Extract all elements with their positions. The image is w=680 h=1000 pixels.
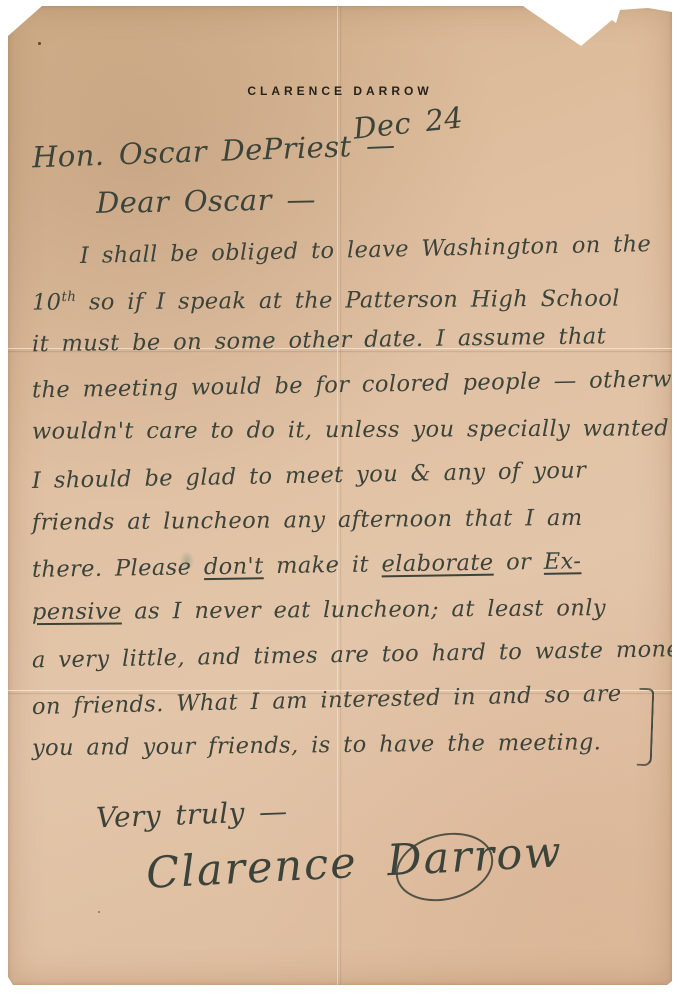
letter-body: I shall be obliged to leave Washington o…: [32, 230, 654, 770]
letter-paper: CLARENCE DARROW Dec 24 Hon. Oscar DePrie…: [8, 6, 672, 985]
underlined-word: elaborate: [381, 550, 493, 578]
letter-line: you and your friends, is to have the mee…: [32, 722, 654, 774]
recipient-line: Hon. Oscar DePriest —: [32, 128, 396, 175]
letter-line: 10th so if I speak at the Patterson High…: [32, 273, 654, 322]
underlined-word: Ex-: [544, 548, 582, 575]
line-segment: the meeting would be for colored people …: [32, 365, 680, 403]
line-segment: so if I speak at the Patterson High Scho…: [76, 286, 620, 316]
line-segment: on friends. What I am interested in and …: [32, 681, 622, 720]
scanned-letter-page: { "document": { "letterhead": "CLARENCE …: [0, 0, 680, 1000]
line-segment: th: [61, 289, 76, 305]
line-segment: it must be on some other date. I assume …: [32, 323, 606, 357]
line-segment: as I never eat luncheon; at least only: [122, 595, 606, 624]
letter-line: wouldn't care to do it, unless you speci…: [32, 408, 654, 456]
line-segment: I shall be obliged to leave Washington o…: [80, 231, 652, 269]
closing-line: Very truly —: [95, 795, 288, 835]
letter-line: pensive as I never eat luncheon; at leas…: [32, 588, 654, 637]
line-segment: there. Please: [32, 554, 204, 583]
line-segment: make it: [263, 551, 381, 579]
line-segment: 10: [32, 289, 62, 315]
underlined-word: don't: [204, 553, 264, 580]
line-segment: or: [493, 549, 544, 576]
line-segment: friends at luncheon any afternoon that I…: [32, 505, 583, 536]
line-segment: a very little, and times are too hard to…: [32, 636, 680, 674]
letterhead-name: CLARENCE DARROW: [8, 84, 672, 98]
letter-line: there. Please don't make it elaborate or…: [32, 540, 655, 595]
line-segment: I should be glad to meet you & any of yo…: [32, 457, 587, 494]
margin-bracket-flourish: [637, 688, 655, 766]
paper-speck: [38, 42, 41, 45]
signature: Clarence Darrow: [145, 827, 564, 899]
salutation-line: Dear Oscar —: [96, 182, 316, 220]
letter-line: the meeting would be for colored people …: [32, 360, 655, 416]
line-segment: you and your friends, is to have the mee…: [32, 729, 602, 761]
underlined-word: pensive: [32, 599, 122, 626]
paper-speck: [98, 911, 100, 913]
line-segment: wouldn't care to do it, unless you speci…: [32, 415, 680, 445]
letter-line: friends at luncheon any afternoon that I…: [32, 497, 654, 547]
